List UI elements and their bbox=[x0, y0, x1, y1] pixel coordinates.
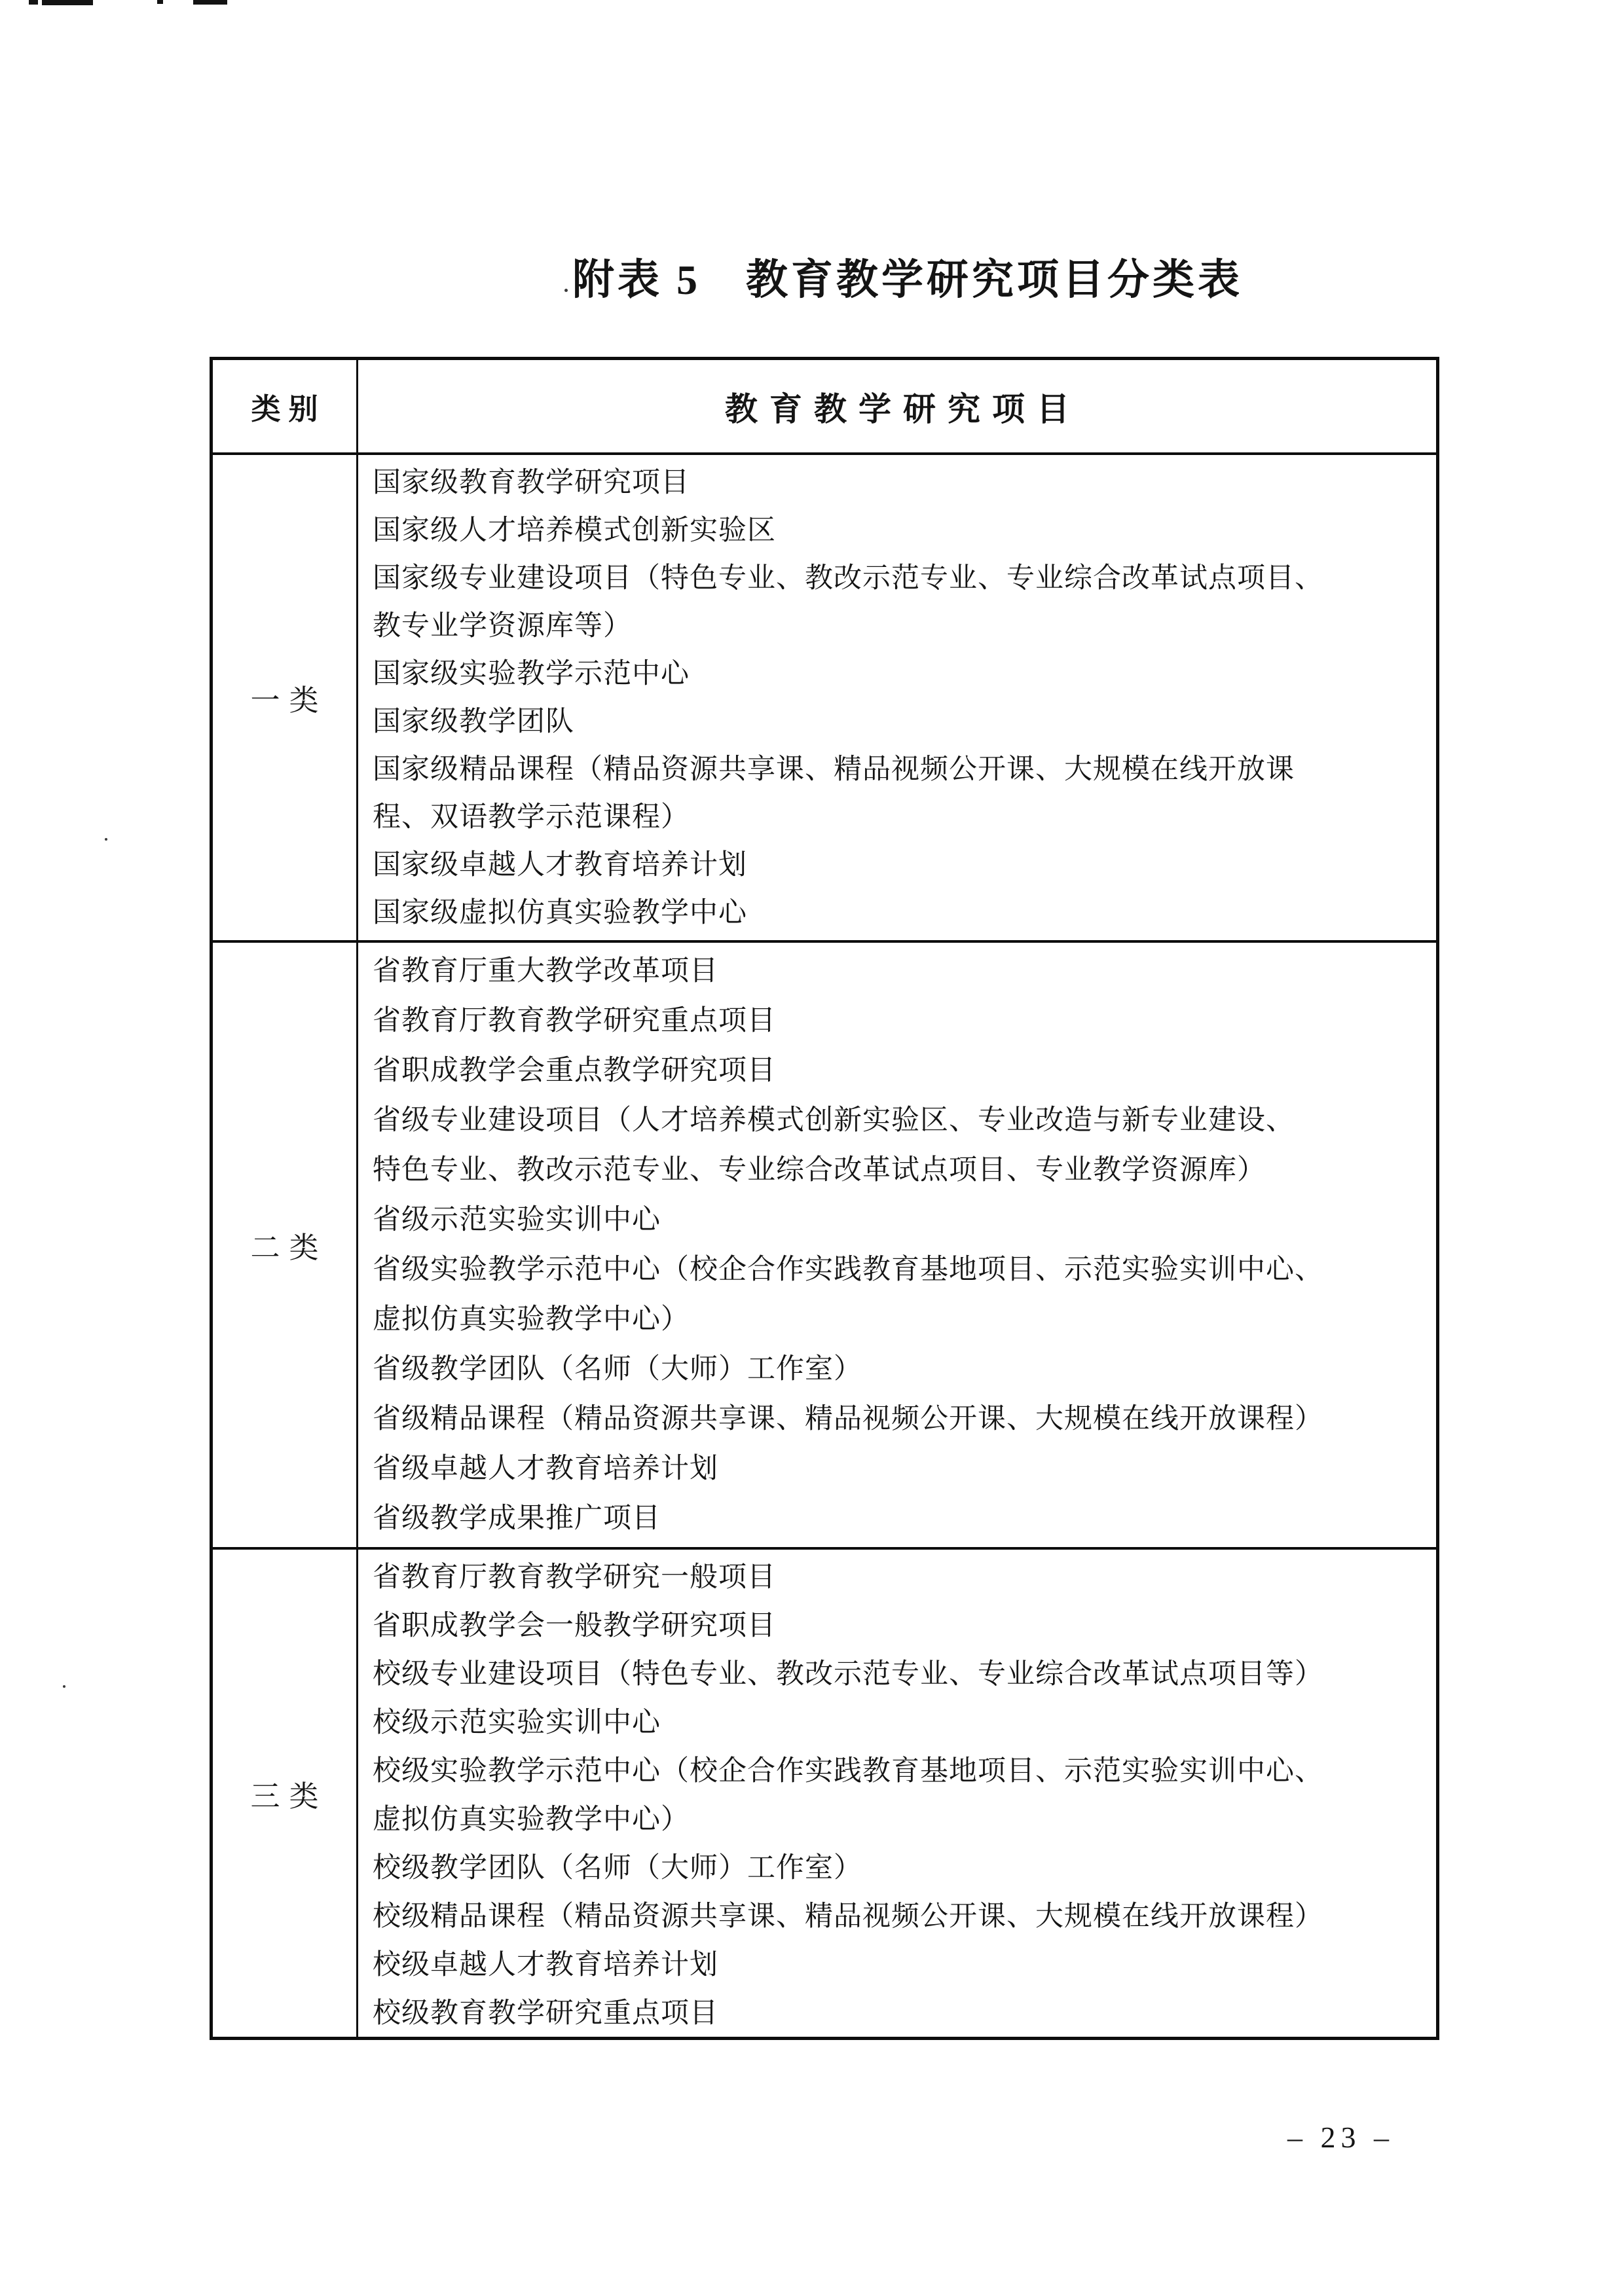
project-line: 虚拟仿真实验教学中心） bbox=[373, 1796, 1427, 1844]
project-line: 省教育厅重大教学改革项目 bbox=[373, 947, 1427, 996]
project-line: 校级卓越人才教育培养计划 bbox=[373, 1941, 1427, 1990]
project-lines-cell-2: 省教育厅重大教学改革项目 省教育厅教育教学研究重点项目 省职成教学会重点教学研究… bbox=[358, 943, 1436, 1550]
project-line: 校级专业建设项目（特色专业、教改示范专业、专业综合改革试点项目等） bbox=[373, 1650, 1427, 1699]
category-cell-1: 一类 bbox=[213, 455, 358, 943]
classification-table: 类别 教育教学研究项目 一类 国家级教育教学研究项目 国家级人才培养模式创新实验… bbox=[210, 357, 1439, 2040]
project-line: 程、双语教学示范课程） bbox=[373, 793, 1427, 841]
project-line: 省级专业建设项目（人才培养模式创新实验区、专业改造与新专业建设、 bbox=[373, 1096, 1427, 1146]
project-line: 国家级实验教学示范中心 bbox=[373, 650, 1427, 698]
project-line: 省职成教学会重点教学研究项目 bbox=[373, 1046, 1427, 1096]
project-line: 省职成教学会一般教学研究项目 bbox=[373, 1602, 1427, 1650]
project-line: 国家级专业建设项目（特色专业、教改示范专业、专业综合改革试点项目、 bbox=[373, 555, 1427, 602]
project-line: 省级实验教学示范中心（校企合作实践教育基地项目、示范实验实训中心、 bbox=[373, 1245, 1427, 1295]
project-line: 国家级教学团队 bbox=[373, 698, 1427, 746]
page-title: 附表 5 教育教学研究项目分类表 bbox=[572, 255, 1243, 305]
scan-artifact-top-line-2 bbox=[193, 0, 227, 5]
project-lines-cell-1: 国家级教育教学研究项目 国家级人才培养模式创新实验区 国家级专业建设项目（特色专… bbox=[358, 455, 1436, 943]
scan-speck-4 bbox=[63, 1685, 65, 1688]
project-line: 省教育厅教育教学研究一般项目 bbox=[373, 1554, 1427, 1602]
table-header-category: 类别 bbox=[213, 360, 358, 455]
project-line: 校级教育教学研究重点项目 bbox=[373, 1990, 1427, 2037]
scan-artifact-top-line-1 bbox=[42, 0, 93, 5]
scan-artifact-top-mark-2 bbox=[157, 0, 163, 4]
scan-speck-3 bbox=[105, 838, 107, 841]
project-line: 国家级精品课程（精品资源共享课、精品视频公开课、大规模在线开放课 bbox=[373, 746, 1427, 793]
project-line: 省级精品课程（精品资源共享课、精品视频公开课、大规模在线开放课程） bbox=[373, 1394, 1427, 1444]
project-line: 省教育厅教育教学研究重点项目 bbox=[373, 996, 1427, 1046]
project-line: 国家级虚拟仿真实验教学中心 bbox=[373, 889, 1427, 937]
project-line: 省级教学成果推广项目 bbox=[373, 1494, 1427, 1544]
project-line: 省级卓越人才教育培养计划 bbox=[373, 1444, 1427, 1494]
table-header-projects: 教育教学研究项目 bbox=[358, 360, 1436, 455]
scan-artifact-top-mark-1 bbox=[29, 0, 38, 5]
project-line: 国家级人才培养模式创新实验区 bbox=[373, 507, 1427, 555]
project-line: 省级教学团队（名师（大师）工作室） bbox=[373, 1345, 1427, 1394]
page-number: – 23 – bbox=[1287, 2120, 1394, 2155]
project-line: 校级精品课程（精品资源共享课、精品视频公开课、大规模在线开放课程） bbox=[373, 1893, 1427, 1941]
project-line: 校级教学团队（名师（大师）工作室） bbox=[373, 1844, 1427, 1893]
project-line: 教专业学资源库等） bbox=[373, 602, 1427, 650]
project-line: 省级示范实验实训中心 bbox=[373, 1195, 1427, 1245]
scanned-document-page: 附表 5 教育教学研究项目分类表 类别 教育教学研究项目 一类 国家级教育教学研… bbox=[0, 0, 1624, 2296]
category-cell-3: 三类 bbox=[213, 1550, 358, 2037]
project-line: 校级实验教学示范中心（校企合作实践教育基地项目、示范实验实训中心、 bbox=[373, 1747, 1427, 1796]
project-line: 国家级卓越人才教育培养计划 bbox=[373, 841, 1427, 889]
project-lines-cell-3: 省教育厅教育教学研究一般项目 省职成教学会一般教学研究项目 校级专业建设项目（特… bbox=[358, 1550, 1436, 2037]
scan-speck-1 bbox=[564, 289, 568, 292]
project-line: 虚拟仿真实验教学中心） bbox=[373, 1295, 1427, 1345]
project-line: 国家级教育教学研究项目 bbox=[373, 459, 1427, 507]
project-line: 校级示范实验实训中心 bbox=[373, 1699, 1427, 1747]
category-cell-2: 二类 bbox=[213, 943, 358, 1550]
project-line: 特色专业、教改示范专业、专业综合改革试点项目、专业教学资源库） bbox=[373, 1146, 1427, 1195]
